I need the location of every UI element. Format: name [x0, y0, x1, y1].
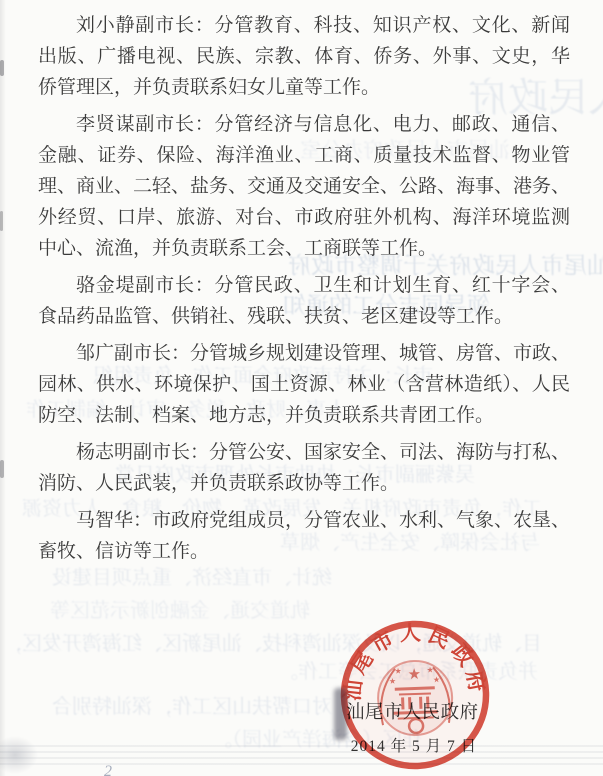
bleedthrough-text: 对口帮扶山区工作，深汕特别合: [52, 690, 332, 719]
text-line: 金融、证券、保险、海洋渔业、工商、质量技术监督、物业管: [38, 140, 570, 171]
scanned-document-page: 汕尾市人民政府 汕尾市人民政府办公室 汕尾市人民政府关于调整市政府 领导同志分工…: [0, 0, 603, 776]
bleedthrough-text: 轨道交通、金融创新示范区等: [50, 594, 310, 623]
text-line: 畜牧、信访等工作。: [38, 536, 570, 567]
text-line: 刘小静副市长：分管教育、科技、知识产权、文化、新闻: [38, 10, 570, 41]
text-line: 理、商业、二轻、盐务、交通及交通安全、公路、海事、港务、: [38, 171, 570, 202]
paragraph-duties-mazhihua: 马智华：市政府党组成员，分管农业、水利、气象、农垦、 畜牧、信访等工作。: [38, 505, 570, 567]
text-line: 侨管理区，并负责联系妇女儿童等工作。: [38, 72, 570, 103]
text-line: 出版、广播电视、民族、宗教、体育、侨务、外事、文史，华: [38, 41, 570, 72]
paragraph-duties-zouguang: 邹广副市长：分管城乡规划建设管理、城管、房管、市政、 园林、供水、环境保护、国土…: [38, 338, 570, 431]
scan-streaks: [0, 745, 603, 767]
document-date: 2014 年 5 月 7 日: [342, 736, 486, 758]
text-line: 邹广副市长：分管城乡规划建设管理、城管、房管、市政、: [38, 338, 570, 369]
text-line: 园林、供水、环境保护、国土资源、林业（含营林造纸）、人民: [38, 369, 570, 400]
svg-text:★: ★: [426, 665, 433, 674]
scan-edge-artifact: [0, 460, 4, 478]
paragraph-duties-liuxiaojing: 刘小静副市长：分管教育、科技、知识产权、文化、新闻 出版、广播电视、民族、宗教、…: [38, 10, 570, 103]
text-line: 骆金堤副市长：分管民政、卫生和计划生育、红十字会、: [38, 270, 570, 301]
text-line: 李贤谋副市长：分管经济与信息化、电力、邮政、通信、: [38, 109, 570, 140]
text-line: 防空、法制、档案、地方志，并负责联系共青团工作。: [38, 400, 570, 431]
text-line: 消防、人民武装，并负责联系政协等工作。: [38, 468, 570, 499]
paragraph-duties-yangzhiming: 杨志明副市长：分管公安、国家安全、司法、海防与打私、 消防、人民武装，并负责联系…: [38, 437, 570, 499]
paragraph-duties-luojindi: 骆金堤副市长：分管民政、卫生和计划生育、红十字会、 食品药品监管、供销社、残联、…: [38, 270, 570, 332]
text-line: 中心、流渔，并负责联系工会、工商联等工作。: [38, 233, 570, 264]
text-line: 杨志明副市长：分管公安、国家安全、司法、海防与打私、: [38, 437, 570, 468]
scan-edge-artifact: [0, 211, 3, 231]
scan-edge-artifact: [0, 60, 4, 76]
issuing-authority: 汕尾市人民政府: [346, 701, 478, 725]
text-line: 马智华：市政府党组成员，分管农业、水利、气象、农垦、: [38, 505, 570, 536]
svg-text:★: ★: [407, 665, 421, 683]
svg-text:★: ★: [394, 666, 401, 675]
document-body: 刘小静副市长：分管教育、科技、知识产权、文化、新闻 出版、广播电视、民族、宗教、…: [38, 10, 570, 573]
paragraph-duties-lixianmou: 李贤谋副市长：分管经济与信息化、电力、邮政、通信、 金融、证券、保险、海洋渔业、…: [38, 109, 570, 264]
text-line: 外经贸、口岸、旅游、对台、市政府驻外机构、海洋环境监测: [38, 202, 570, 233]
page-number-mark: 2: [104, 763, 112, 776]
text-line: 食品药品监管、供销社、残联、扶贫、老区建设等工作。: [38, 301, 570, 332]
